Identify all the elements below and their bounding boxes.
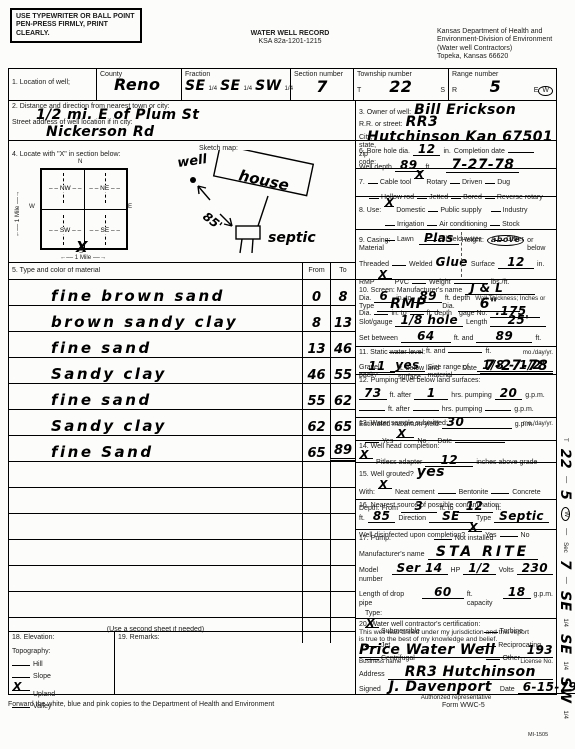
material-text: brown sandy clay [9, 313, 302, 331]
materials-header-label: 5. Type and color of material [9, 267, 302, 275]
surface-value: 12 [498, 256, 534, 269]
grid-sw: SW [49, 227, 81, 234]
volts-value: 230 [517, 562, 553, 575]
margin-dash: — [561, 476, 569, 483]
fraction-value: SE [185, 79, 205, 93]
not-installed-label: Not installed [455, 535, 494, 543]
material-row: Sandy clay 46 55 [9, 358, 355, 384]
screen-mfr-value: J & L [465, 282, 535, 295]
form-title: WATER WELL RECORD KSA 82a-1201-1215 [198, 30, 382, 47]
well-grouted-value: yes [417, 465, 445, 479]
material-from: 13 [302, 332, 330, 357]
type-value: RMP [377, 297, 439, 312]
direction-label: Direction [398, 515, 426, 523]
margin-quarter-fraction: 1/4 [562, 710, 569, 719]
material-text: fine Sand [9, 443, 302, 461]
house-label: house [237, 166, 290, 194]
neat-cement-label: Neat cement [395, 489, 435, 497]
fraction-value: SE [220, 79, 240, 93]
septic-label: septic [268, 230, 316, 246]
material-row-empty [9, 566, 355, 592]
set-between-label: Set between [359, 335, 398, 343]
material-to: 65 [330, 410, 355, 435]
or-below-label: or below [527, 237, 553, 254]
material-from: 65 [302, 436, 330, 461]
contamination-type-value: Septic [494, 510, 549, 523]
static-date-value: 7-27-78 [480, 359, 553, 374]
margin-township-value: 22 [559, 449, 573, 469]
opt-slope: Slope [33, 673, 51, 681]
section-2-distance: 2. Distance and direction from nearest t… [8, 100, 356, 141]
section-11-static-level: 11. Static water level: mo./day/yr. 11 f… [355, 346, 557, 375]
business-name-value: Price Water Well [359, 643, 495, 657]
material-row: fine Sand 65 89 [9, 436, 355, 462]
with-label: With: [359, 489, 375, 497]
materials-header-from: From [302, 263, 330, 279]
locate-label: 4. Locate with "X" in section below: [12, 151, 120, 158]
business-name-label: Business name [359, 658, 401, 665]
welded-value: Glue [436, 256, 468, 268]
well-head-label: 14. Well head completion: [359, 443, 439, 451]
grid-east: E [128, 203, 132, 210]
topography-label: Topography: [12, 648, 111, 656]
x-mark: X [385, 196, 394, 209]
section-number-value: 7 [294, 79, 350, 95]
margin-quarter-fraction: 1/4 [562, 661, 569, 670]
section-19-remarks: 19. Remarks: [114, 631, 356, 695]
margin-quarter: SW [559, 677, 573, 703]
address-label: Address [359, 671, 385, 679]
instructions-text: USE TYPEWRITER OR BALL POINT PEN-PRESS F… [16, 13, 136, 38]
street-value: Nickerson Rd [46, 125, 352, 139]
signature-value: J. Davenport [384, 680, 497, 695]
sketch-map: well house 85' septic [168, 150, 354, 260]
section-8-use: 8. Use: XDomestic Public supply Industry… [355, 196, 557, 230]
material-to: 55 [330, 358, 355, 383]
township-suffix: S [440, 87, 445, 95]
certification-label: 20. Water well contractor's certificatio… [359, 621, 480, 629]
authorized-rep-label: Authorized representative [359, 694, 553, 701]
material-text: fine brown sand [9, 287, 302, 305]
section-12-pumping-level: 12. Pumping level below land surfaces: 7… [355, 374, 557, 418]
set-from-value: 64 [401, 330, 451, 343]
material-from: 55 [302, 384, 330, 409]
capacity-value: 18 [503, 586, 531, 599]
cell-county: County Reno [96, 68, 182, 101]
well-dot [190, 177, 196, 183]
materials-header: 5. Type and color of material From To [9, 263, 355, 280]
ft-capacity-label: ft. capacity [467, 591, 500, 608]
material-row-empty [9, 488, 355, 514]
length-label: Length [466, 319, 487, 327]
material-text: fine sand [9, 339, 302, 357]
grid-west: W [29, 203, 35, 210]
static-level-label: 11. Static water level: [359, 349, 425, 357]
material-row: fine sand 13 46 [9, 332, 355, 358]
section-5-materials: 5. Type and color of material From To fi… [8, 262, 356, 632]
bentonite-label: Bentonite [459, 489, 489, 497]
cell-fraction: Fraction SE1/4 SE1/4 SW1/4 [181, 68, 291, 101]
section-15-grouted: 15. Well grouted? yes With: X Neat cemen… [355, 462, 557, 500]
license-no-value: 193 [527, 644, 553, 656]
grid-mile-vertical: 1 Mile [14, 167, 21, 237]
opt-hill: Hill [33, 661, 43, 669]
materials-header-to: To [330, 263, 355, 279]
drop-pipe-value: 60 [422, 586, 464, 599]
blank [508, 145, 534, 153]
opt-public-supply: Public supply [440, 207, 481, 215]
opt-dug: Dug [497, 179, 510, 187]
section-7-method: 7. Cable tool XRotary Driven Dug Hollow … [355, 168, 557, 197]
quarter-label: 1/4 [244, 85, 253, 92]
model-number-label: Model number [359, 567, 389, 584]
opt-industry: Industry [503, 207, 528, 215]
owner-label: 3. Owner of well: [359, 109, 411, 117]
screen-mfr-label: 10. Screen: Manufacturer's name [359, 287, 462, 295]
in-label: in. [537, 261, 544, 269]
concrete-label: Concrete [512, 489, 540, 497]
grid-center-horizontal [42, 209, 126, 210]
section-17-pump: 17. Pump: Not installed Manufacturer's n… [355, 529, 557, 619]
material-text: fine sand [9, 391, 302, 409]
agency-line: Environment-Division of Environment [437, 36, 569, 44]
volts-label: Volts [499, 567, 514, 575]
casing-divider [461, 232, 462, 277]
rr-value: RR3 [406, 115, 439, 129]
x-mark: X [415, 168, 424, 181]
agency-block: Kansas Department of Health and Environm… [437, 28, 569, 62]
s7-num: 7. [359, 179, 365, 187]
cell-location-label: 1. Location of well; [8, 68, 97, 101]
margin-annotations: T 22 — 5 W — Sec 7 — SE1/4 SE1/4 SW1/4 [557, 438, 574, 738]
hours-value: 1 [414, 387, 448, 400]
casing-material-value: Plas [419, 232, 459, 245]
welded-label: Welded [409, 261, 433, 269]
opt-rotary: Rotary [426, 179, 447, 187]
grid-se: SE [90, 227, 120, 234]
section-14-well-head: 14. Well head completion: X Pitless adap… [355, 440, 557, 463]
opt-driven: Driven [462, 179, 482, 187]
section-20-certification: 20. Water well contractor's certificatio… [355, 618, 557, 695]
contamination-ft-value: 85 [368, 510, 396, 523]
hp-value: 1/2 [463, 562, 495, 575]
slot-gauge-label: Slot/gauge [359, 319, 392, 327]
range-west-circled: W [538, 86, 553, 96]
footer-note: Forward the white, blue and pink copies … [8, 701, 274, 709]
drop-pipe-label: Length of drop pipe [359, 591, 419, 608]
agency-line: (Water well Contractors) [437, 45, 569, 53]
gpm-label: g.p.m. [514, 406, 533, 414]
cell-section-number: Section number 7 [290, 68, 354, 101]
material-to: 13 [330, 306, 355, 331]
material-to: 8 [330, 280, 355, 305]
margin-quarter: SE [559, 591, 573, 611]
gpm-label: g.p.m. [525, 392, 544, 400]
direction-value: SE [429, 510, 473, 523]
pumping-level-value: 73 [359, 387, 387, 400]
margin-dash: — [561, 528, 569, 535]
ft-after-label: ft. after [390, 392, 412, 400]
length-value: 25' [490, 314, 546, 327]
grid-north: N [78, 158, 82, 165]
section-6-bore-hole: 6. Bore hole dia. 12 in. Completion date… [355, 140, 557, 169]
hrs-pumping-label: hrs. pumping [442, 406, 482, 414]
agency-line: Kansas Department of Health and [437, 28, 569, 36]
section-18-elevation: 18. Elevation: Topography: Hill Slope XU… [8, 631, 115, 695]
margin-range-dir-circled: W [561, 507, 570, 521]
ft-and-label: ft. and [454, 335, 473, 343]
static-level-value: 11 [359, 360, 395, 373]
x-mark: X [397, 427, 406, 440]
material-row: fine brown sand 0 8 [9, 280, 355, 306]
gpm-value: 20 [495, 387, 523, 400]
well-label: well [176, 152, 208, 171]
material-from: 8 [302, 306, 330, 331]
range-value: 5 [490, 79, 502, 95]
surface-label: Surface [471, 261, 495, 269]
cell-range-number: Range number R 5 EW [448, 68, 557, 101]
septic-outline [236, 226, 260, 239]
address-value: RR3 Hutchinson [388, 665, 553, 680]
date-label: Date [462, 365, 477, 373]
material-to: 62 [330, 384, 355, 409]
bore-dia-label: 6. Bore hole dia. [359, 148, 410, 156]
margin-quarter: SE [559, 634, 573, 654]
section-13-water-sample: 13. Water sample submitted: mo./day/yr. … [355, 417, 557, 441]
pumping-level-label: 12. Pumping level below land surfaces: [359, 377, 480, 385]
location-label: 1. Location of well; [12, 79, 93, 87]
doc-code: MI-1505 [528, 732, 548, 738]
material-row-empty [9, 514, 355, 540]
section-10-screen: 10. Screen: Manufacturer's name J & L Ty… [355, 279, 557, 347]
dia-value: 6" [458, 297, 520, 312]
material-to: 89 [330, 436, 355, 461]
material-text: Sandy clay [9, 417, 302, 435]
margin-township-prefix: T [562, 438, 569, 442]
form-title-line1: WATER WELL RECORD [198, 30, 382, 38]
water-well-record-form: USE TYPEWRITER OR BALL POINT PEN-PRESS F… [0, 0, 575, 749]
signed-label: Signed [359, 686, 381, 694]
agency-line: Topeka, Kansas 66620 [437, 53, 569, 61]
x-mark: X [360, 448, 369, 461]
township-prefix: T [357, 87, 361, 95]
fraction-value: SW [255, 79, 281, 93]
material-row-empty [9, 592, 355, 618]
set-to-value: 89 [476, 330, 532, 343]
certification-text1: This well was drilled under my jurisdict… [359, 629, 553, 636]
hrs-pumping-label: hrs. pumping [451, 392, 491, 400]
material-text: Sandy clay [9, 365, 302, 383]
material-row-empty [9, 462, 355, 488]
quarter-label: 1/4 [208, 85, 217, 92]
township-value: 22 [389, 79, 412, 95]
cell-township-number: Township number T 22 S [353, 68, 449, 101]
opt-upland: Upland [33, 691, 55, 699]
distance-85-label: 85' [200, 209, 225, 233]
opt-domestic: Domestic [396, 207, 425, 215]
grid-mile-horizontal: 1 Mile [48, 254, 118, 261]
material-row: Sandy clay 62 65 [9, 410, 355, 436]
range-number-label: Range number [452, 71, 553, 79]
pump-mfr-label: Manufacturer's name [359, 551, 425, 559]
completion-date-label: Completion date [454, 148, 505, 156]
material-row: brown sandy clay 8 13 [9, 306, 355, 332]
pump-mfr-value: STA RITE [428, 545, 538, 560]
ft-label: ft. [359, 515, 365, 523]
pump-label: 17. Pump: [359, 535, 391, 543]
model-number-value: Ser 14 [392, 562, 448, 575]
hp-label: HP [451, 567, 461, 575]
material-from: 46 [302, 358, 330, 383]
date-format-label: mo./day/yr. [523, 349, 553, 356]
material-from: 62 [302, 410, 330, 435]
casing-material-label: 9. Casing: Material [359, 237, 416, 254]
opt-cable-tool: Cable tool [380, 179, 412, 187]
material-from: 0 [302, 280, 330, 305]
above-circled: above [487, 235, 524, 246]
grid-ne: NE [89, 185, 120, 192]
height-label: Height: [462, 237, 484, 245]
form-title-line2: KSA 82a-1201-1215 [198, 38, 382, 46]
form-number: Form WWC-5 [442, 702, 485, 710]
instructions-box: USE TYPEWRITER OR BALL POINT PEN-PRESS F… [10, 8, 142, 43]
section-16-contamination: 16. Nearest source of possible contamina… [355, 499, 557, 530]
margin-quarter-fraction: 1/4 [562, 618, 569, 627]
margin-range-value: 5 [559, 490, 573, 500]
section-grid: NW NE SW SE X [40, 168, 128, 250]
dia-label: Dia. [442, 303, 454, 311]
material-row-empty [9, 540, 355, 566]
county-value: Reno [114, 77, 178, 93]
elevation-label: 18. Elevation: [12, 634, 111, 642]
section-9-casing: 9. Casing: Material Plas Height: above o… [355, 229, 557, 280]
margin-dash: — [561, 577, 569, 584]
date-label: Date [500, 686, 515, 694]
section-3-owner: 3. Owner of well:Bill Erickson R.R. or s… [355, 100, 557, 141]
grid-nw: NW [49, 185, 82, 192]
type-label: Type [359, 303, 374, 311]
x-mark: X [13, 680, 22, 693]
x-mark: X [379, 478, 388, 491]
in-label: in. [443, 148, 450, 156]
s8-num: 8. Use: [359, 207, 381, 215]
material-row: fine sand 55 62 [9, 384, 355, 410]
remarks-label: 19. Remarks: [118, 634, 352, 642]
margin-sec-prefix: Sec [562, 542, 569, 553]
ft-label: ft. [535, 335, 541, 343]
date-format-label: mo./day/yr. [523, 420, 553, 427]
bore-dia-value: 12 [413, 143, 441, 156]
ft-after-label: ft. after [388, 406, 410, 414]
type-label: Type [476, 515, 491, 523]
gpm-label: g.p.m. [534, 591, 553, 599]
range-prefix: R [452, 87, 457, 95]
margin-section-value: 7 [559, 560, 573, 570]
material-to: 46 [330, 332, 355, 357]
slot-gauge-value: 1/8 hole [395, 314, 463, 327]
